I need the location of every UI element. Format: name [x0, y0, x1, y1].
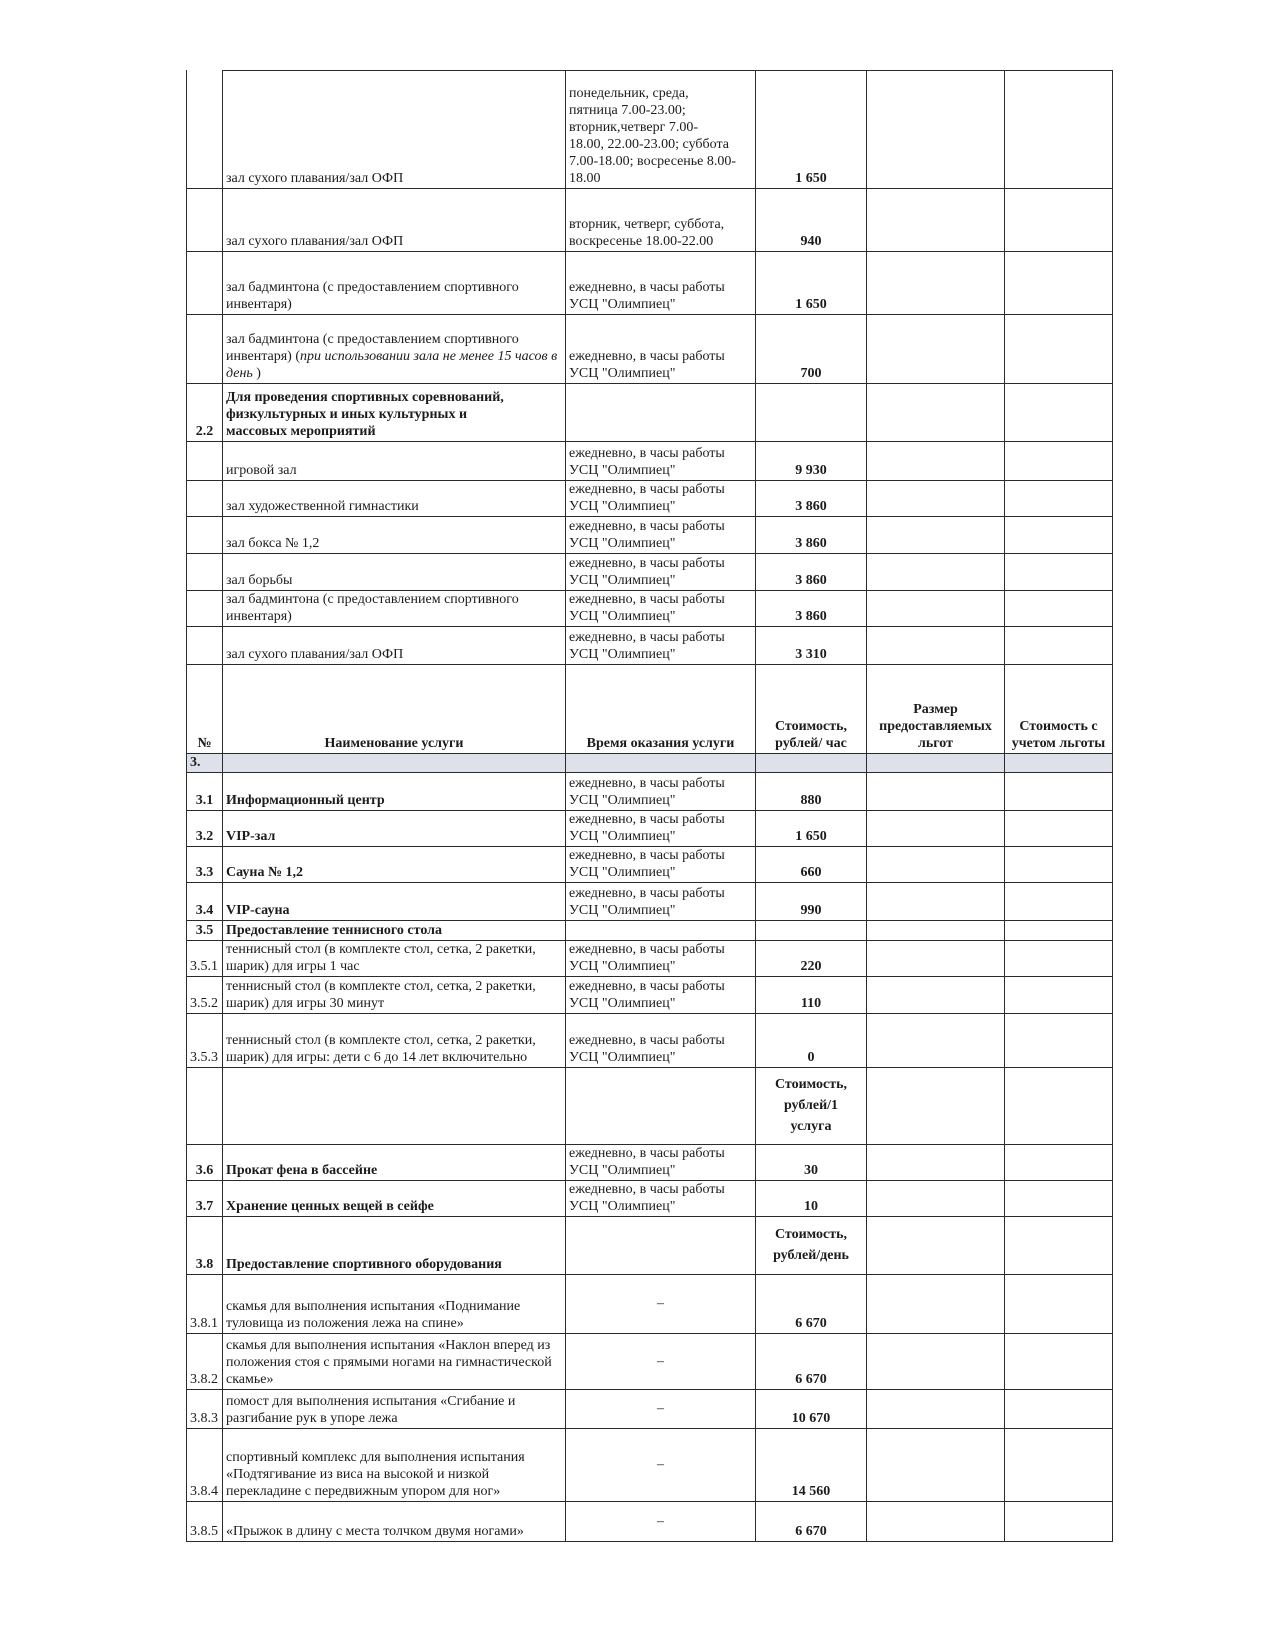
cell-name [223, 1068, 566, 1145]
cell-time: – [566, 1390, 756, 1429]
cell-name: зал сухого плавания/зал ОФП [223, 189, 566, 252]
cell-benefit [867, 384, 1005, 442]
table-row: зал сухого плавания/зал ОФПпонедельник, … [187, 71, 1113, 189]
cell-name: зал бадминтона (с предоставлением спорти… [223, 315, 566, 384]
cell-time [566, 384, 756, 442]
table-row: 3.5.2теннисный стол (в комплекте стол, с… [187, 977, 1113, 1014]
cell-discounted [1005, 591, 1113, 627]
cell-time: понедельник, среда, пятница 7.00-23.00; … [566, 71, 756, 189]
cell-discounted [1005, 977, 1113, 1014]
cell-num: 3.5 [187, 921, 223, 941]
cell-cost: 0 [756, 1014, 867, 1068]
table-row: 3.8.4спортивный комплекс для выполнения … [187, 1429, 1113, 1502]
table-row: 2.2Для проведения спортивных соревновани… [187, 384, 1113, 442]
cell-time: ежедневно, в часы работы УСЦ "Олимпиец" [566, 1181, 756, 1217]
cell-num [187, 71, 223, 189]
cell-num [187, 315, 223, 384]
cell-name: «Прыжок в длину с места толчком двумя но… [223, 1502, 566, 1542]
cell-name: теннисный стол (в комплекте стол, сетка,… [223, 941, 566, 977]
cell-discounted [1005, 773, 1113, 811]
cell-num: 3.5.2 [187, 977, 223, 1014]
cell-time: ежедневно, в часы работы УСЦ "Олимпиец" [566, 517, 756, 554]
cell-benefit [867, 71, 1005, 189]
table-row: зал художественной гимнастикиежедневно, … [187, 481, 1113, 517]
cell-benefit [867, 252, 1005, 315]
cell-num [187, 554, 223, 591]
cell-discounted [1005, 1014, 1113, 1068]
cell-num: 3.8.4 [187, 1429, 223, 1502]
cell-cost: 1 650 [756, 252, 867, 315]
cell-num: 3.8.3 [187, 1390, 223, 1429]
cell-time: ежедневно, в часы работы УСЦ "Олимпиец" [566, 442, 756, 481]
cell-time: ежедневно, в часы работы УСЦ "Олимпиец" [566, 941, 756, 977]
cell-benefit [867, 754, 1005, 773]
cell-name: зал бадминтона (с предоставлением спорти… [223, 591, 566, 627]
cell-name: Для проведения спортивных соревнований, … [223, 384, 566, 442]
cell-num [187, 517, 223, 554]
cell-discounted [1005, 1068, 1113, 1145]
cell-num [187, 189, 223, 252]
cell-num: 3.2 [187, 811, 223, 847]
cell-cost: 660 [756, 847, 867, 883]
cell-num: 3.1 [187, 773, 223, 811]
cell-time: ежедневно, в часы работы УСЦ "Олимпиец" [566, 883, 756, 921]
cell-cost: Стоимость, рублей/1 услуга [756, 1068, 867, 1145]
table-row: зал сухого плавания/зал ОФПвторник, четв… [187, 189, 1113, 252]
table-row: 3.8.2скамья для выполнения испытания «На… [187, 1334, 1113, 1390]
cell-name: зал сухого плавания/зал ОФП [223, 71, 566, 189]
cell-discounted [1005, 517, 1113, 554]
cell-name [223, 754, 566, 773]
cell-cost: 6 670 [756, 1502, 867, 1542]
table-row: 3.3Сауна № 1,2ежедневно, в часы работы У… [187, 847, 1113, 883]
cell-name: зал бадминтона (с предоставлением спорти… [223, 252, 566, 315]
cell-benefit [867, 517, 1005, 554]
cell-name: зал сухого плавания/зал ОФП [223, 627, 566, 665]
table-row: 3.5.1теннисный стол (в комплекте стол, с… [187, 941, 1113, 977]
cell-num: 2.2 [187, 384, 223, 442]
cell-name: Прокат фена в бассейне [223, 1145, 566, 1181]
cell-name: зал художественной гимнастики [223, 481, 566, 517]
cell-cost: 3 310 [756, 627, 867, 665]
cell-benefit [867, 554, 1005, 591]
cell-time [566, 754, 756, 773]
cost-unit-label: Стоимость, рублей/день [759, 1224, 863, 1266]
cell-benefit [867, 977, 1005, 1014]
table-row: 3.7Хранение ценных вещей в сейфеежедневн… [187, 1181, 1113, 1217]
cell-time [566, 1068, 756, 1145]
table-row: зал бокса № 1,2ежедневно, в часы работы … [187, 517, 1113, 554]
cell-cost [756, 384, 867, 442]
cell-cost: 1 650 [756, 71, 867, 189]
cell-cost: 3 860 [756, 481, 867, 517]
cell-discounted [1005, 1390, 1113, 1429]
cell-name: зал борьбы [223, 554, 566, 591]
cell-time: Время оказания услуги [566, 665, 756, 754]
cell-name: Предоставление теннисного стола [223, 921, 566, 941]
table-row: 3.5.3теннисный стол (в комплекте стол, с… [187, 1014, 1113, 1068]
cell-discounted [1005, 1145, 1113, 1181]
cell-time: ежедневно, в часы работы УСЦ "Олимпиец" [566, 554, 756, 591]
price-table: зал сухого плавания/зал ОФПпонедельник, … [186, 70, 1113, 1542]
cell-time: вторник, четверг, суббота, воскресенье 1… [566, 189, 756, 252]
cell-time: ежедневно, в часы работы УСЦ "Олимпиец" [566, 1014, 756, 1068]
cell-num [187, 481, 223, 517]
cell-benefit [867, 1502, 1005, 1542]
cell-benefit [867, 941, 1005, 977]
cell-benefit [867, 315, 1005, 384]
cell-num: 3.6 [187, 1145, 223, 1181]
cell-num: 3.3 [187, 847, 223, 883]
cell-cost: 9 930 [756, 442, 867, 481]
cell-name: спортивный комплекс для выполнения испыт… [223, 1429, 566, 1502]
cell-benefit [867, 442, 1005, 481]
cell-cost: 3 860 [756, 554, 867, 591]
cell-cost [756, 921, 867, 941]
cell-time: ежедневно, в часы работы УСЦ "Олимпиец" [566, 481, 756, 517]
cell-name: VIP-зал [223, 811, 566, 847]
cell-cost: 700 [756, 315, 867, 384]
cell-cost: 880 [756, 773, 867, 811]
cell-discounted [1005, 384, 1113, 442]
cell-time: ежедневно, в часы работы УСЦ "Олимпиец" [566, 811, 756, 847]
cell-cost: 6 670 [756, 1334, 867, 1390]
cell-num [187, 1068, 223, 1145]
cell-benefit [867, 1145, 1005, 1181]
cell-discounted [1005, 1502, 1113, 1542]
cell-discounted: Стоимость с учетом льготы [1005, 665, 1113, 754]
cell-time [566, 1217, 756, 1275]
cell-discounted [1005, 1275, 1113, 1334]
name-text: ) [253, 366, 261, 381]
cell-time: – [566, 1429, 756, 1502]
cell-discounted [1005, 554, 1113, 591]
cell-cost: 14 560 [756, 1429, 867, 1502]
table-row: зал бадминтона (с предоставлением спорти… [187, 315, 1113, 384]
cell-time: ежедневно, в часы работы УСЦ "Олимпиец" [566, 773, 756, 811]
cell-cost: 110 [756, 977, 867, 1014]
cell-discounted [1005, 252, 1113, 315]
cell-benefit [867, 883, 1005, 921]
cell-time: – [566, 1275, 756, 1334]
cell-name: VIP-сауна [223, 883, 566, 921]
cell-discounted [1005, 481, 1113, 517]
cell-cost: Стоимость, рублей/день [756, 1217, 867, 1275]
cell-num [187, 627, 223, 665]
cell-name: теннисный стол (в комплекте стол, сетка,… [223, 977, 566, 1014]
cell-cost: 10 [756, 1181, 867, 1217]
cell-benefit [867, 1068, 1005, 1145]
cell-time: – [566, 1334, 756, 1390]
cell-name: Информационный центр [223, 773, 566, 811]
cell-name: игровой зал [223, 442, 566, 481]
cell-name: зал бокса № 1,2 [223, 517, 566, 554]
table-row: 3.5Предоставление теннисного стола [187, 921, 1113, 941]
cell-time: ежедневно, в часы работы УСЦ "Олимпиец" [566, 252, 756, 315]
table-row: 3.1Информационный центрежедневно, в часы… [187, 773, 1113, 811]
column-header-row: №Наименование услугиВремя оказания услуг… [187, 665, 1113, 754]
cell-name: Наименование услуги [223, 665, 566, 754]
table-row: 3.8.1скамья для выполнения испытания «По… [187, 1275, 1113, 1334]
cell-num: 3.4 [187, 883, 223, 921]
cell-cost: 990 [756, 883, 867, 921]
cell-benefit [867, 189, 1005, 252]
cell-time [566, 921, 756, 941]
cell-time: ежедневно, в часы работы УСЦ "Олимпиец" [566, 591, 756, 627]
cell-cost: 10 670 [756, 1390, 867, 1429]
cell-benefit [867, 773, 1005, 811]
cell-cost [756, 754, 867, 773]
table-row: 3.8.5«Прыжок в длину с места толчком дву… [187, 1502, 1113, 1542]
cell-num: 3.5.1 [187, 941, 223, 977]
cell-benefit [867, 921, 1005, 941]
table-row: 3. [187, 754, 1113, 773]
cell-num: 3. [187, 754, 223, 773]
cell-time: ежедневно, в часы работы УСЦ "Олимпиец" [566, 847, 756, 883]
cell-benefit [867, 591, 1005, 627]
cost-unit-label: Стоимость, рублей/1 услуга [759, 1074, 863, 1137]
cell-discounted [1005, 189, 1113, 252]
cell-discounted [1005, 1334, 1113, 1390]
cell-benefit [867, 847, 1005, 883]
cell-benefit [867, 1181, 1005, 1217]
cell-name: теннисный стол (в комплекте стол, сетка,… [223, 1014, 566, 1068]
table-row: зал бадминтона (с предоставлением спорти… [187, 252, 1113, 315]
cell-cost: 3 860 [756, 517, 867, 554]
cell-benefit [867, 1429, 1005, 1502]
cell-time: ежедневно, в часы работы УСЦ "Олимпиец" [566, 627, 756, 665]
table-row: 3.8.3помост для выполнения испытания «Сг… [187, 1390, 1113, 1429]
table-row: зал борьбыежедневно, в часы работы УСЦ "… [187, 554, 1113, 591]
cell-num: 3.7 [187, 1181, 223, 1217]
cell-name: скамья для выполнения испытания «Поднима… [223, 1275, 566, 1334]
cell-name: скамья для выполнения испытания «Наклон … [223, 1334, 566, 1390]
cell-num [187, 252, 223, 315]
table-row: зал сухого плавания/зал ОФПежедневно, в … [187, 627, 1113, 665]
cell-discounted [1005, 921, 1113, 941]
cell-benefit [867, 1217, 1005, 1275]
price-table-body: зал сухого плавания/зал ОФПпонедельник, … [187, 71, 1113, 1542]
cell-num: 3.8.5 [187, 1502, 223, 1542]
cell-benefit [867, 1275, 1005, 1334]
cell-num: 3.8.2 [187, 1334, 223, 1390]
cell-discounted [1005, 71, 1113, 189]
cell-benefit [867, 481, 1005, 517]
cell-num: 3.8 [187, 1217, 223, 1275]
cell-cost: 220 [756, 941, 867, 977]
cell-discounted [1005, 1217, 1113, 1275]
cell-benefit [867, 1334, 1005, 1390]
table-row: 3.2VIP-залежедневно, в часы работы УСЦ "… [187, 811, 1113, 847]
cell-discounted [1005, 941, 1113, 977]
table-row: 3.4VIP-саунаежедневно, в часы работы УСЦ… [187, 883, 1113, 921]
cell-discounted [1005, 883, 1113, 921]
cell-time: ежедневно, в часы работы УСЦ "Олимпиец" [566, 977, 756, 1014]
cell-num: 3.8.1 [187, 1275, 223, 1334]
cell-discounted [1005, 315, 1113, 384]
cell-num: № [187, 665, 223, 754]
cell-cost: Стоимость, рублей/ час [756, 665, 867, 754]
cell-cost: 30 [756, 1145, 867, 1181]
cell-discounted [1005, 754, 1113, 773]
cell-benefit: Размер предоставляемых льгот [867, 665, 1005, 754]
cell-benefit [867, 1014, 1005, 1068]
cell-num [187, 591, 223, 627]
cell-cost: 3 860 [756, 591, 867, 627]
cell-name: Предоставление спортивного оборудования [223, 1217, 566, 1275]
table-row: зал бадминтона (с предоставлением спорти… [187, 591, 1113, 627]
cell-cost: 1 650 [756, 811, 867, 847]
table-row: игровой залежедневно, в часы работы УСЦ … [187, 442, 1113, 481]
cell-time: ежедневно, в часы работы УСЦ "Олимпиец" [566, 315, 756, 384]
cell-discounted [1005, 1181, 1113, 1217]
cell-cost: 940 [756, 189, 867, 252]
cell-name: помост для выполнения испытания «Сгибани… [223, 1390, 566, 1429]
cell-name: Сауна № 1,2 [223, 847, 566, 883]
table-row: 3.6Прокат фена в бассейнеежедневно, в ча… [187, 1145, 1113, 1181]
cell-benefit [867, 1390, 1005, 1429]
cell-time: – [566, 1502, 756, 1542]
cell-name: Хранение ценных вещей в сейфе [223, 1181, 566, 1217]
cell-cost: 6 670 [756, 1275, 867, 1334]
cell-discounted [1005, 627, 1113, 665]
table-row: Стоимость, рублей/1 услуга [187, 1068, 1113, 1145]
cell-num [187, 442, 223, 481]
cell-discounted [1005, 1429, 1113, 1502]
cell-discounted [1005, 847, 1113, 883]
table-row: 3.8Предоставление спортивного оборудован… [187, 1217, 1113, 1275]
cell-benefit [867, 811, 1005, 847]
cell-num: 3.5.3 [187, 1014, 223, 1068]
cell-time: ежедневно, в часы работы УСЦ "Олимпиец" [566, 1145, 756, 1181]
cell-discounted [1005, 811, 1113, 847]
cell-discounted [1005, 442, 1113, 481]
cell-benefit [867, 627, 1005, 665]
